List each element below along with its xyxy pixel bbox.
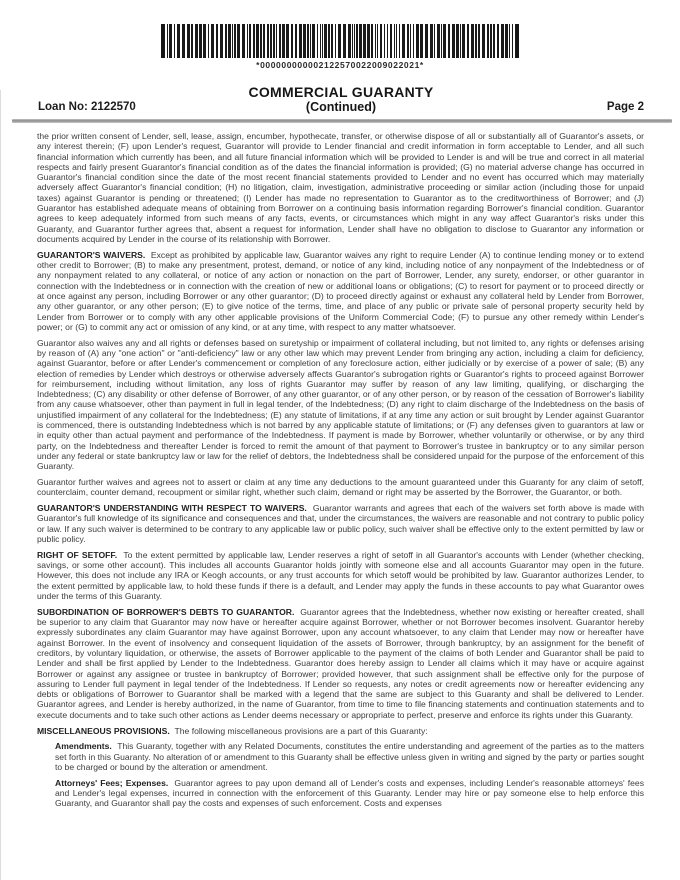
- page-header: Loan No: 2122570 COMMERCIAL GUARANTY (Co…: [0, 70, 680, 114]
- paragraph-suretyship-waiver: Guarantor also waives any and all rights…: [37, 338, 644, 472]
- paragraph-text: Guarantor also waives any and all rights…: [37, 338, 644, 472]
- barcode: [161, 24, 519, 58]
- barcode-block: *000000000002122570022009022021*: [0, 0, 680, 70]
- document-body: the prior written consent of Lender, sel…: [0, 123, 680, 809]
- paragraph-text: Except as prohibited by applicable law, …: [37, 250, 644, 332]
- scan-edge-artifact: [0, 90, 1, 880]
- paragraph-understanding-waivers: GUARANTOR'S UNDERSTANDING WITH RESPECT T…: [37, 503, 644, 544]
- paragraph-text: Guarantor further waives and agrees not …: [37, 477, 644, 497]
- section-heading: SUBORDINATION OF BORROWER'S DEBTS TO GUA…: [37, 607, 300, 617]
- paragraph-text: The following miscellaneous provisions a…: [175, 726, 428, 736]
- paragraph-text: Guarantor agrees that the Indebtedness, …: [37, 607, 644, 720]
- loan-number: Loan No: 2122570: [38, 101, 136, 114]
- subsection-heading: Attorneys' Fees; Expenses.: [55, 778, 174, 788]
- paragraph-continuation: the prior written consent of Lender, sel…: [37, 131, 644, 244]
- title-block: COMMERCIAL GUARANTY (Continued): [248, 84, 433, 114]
- subsection-heading: Amendments.: [55, 741, 117, 751]
- section-heading: MISCELLANEOUS PROVISIONS.: [37, 726, 175, 736]
- paragraph-text: To the extent permitted by applicable la…: [37, 550, 644, 601]
- section-heading: GUARANTOR'S WAIVERS.: [37, 250, 151, 260]
- page-number: Page 2: [607, 101, 644, 114]
- paragraph-text: the prior written consent of Lender, sel…: [37, 131, 644, 244]
- section-heading: RIGHT OF SETOFF.: [37, 550, 123, 560]
- paragraph-guarantors-waivers: GUARANTOR'S WAIVERS.Except as prohibited…: [37, 250, 644, 332]
- paragraph-subordination: SUBORDINATION OF BORROWER'S DEBTS TO GUA…: [37, 607, 644, 720]
- paragraph-miscellaneous-provisions: MISCELLANEOUS PROVISIONS.The following m…: [37, 726, 644, 736]
- paragraph-text: This Guaranty, together with any Related…: [55, 741, 644, 772]
- paragraph-setoff-waiver: Guarantor further waives and agrees not …: [37, 477, 644, 498]
- paragraph-amendments: Amendments.This Guaranty, together with …: [55, 741, 644, 772]
- paragraph-attorneys-fees: Attorneys' Fees; Expenses.Guarantor agre…: [55, 778, 644, 809]
- barcode-text: *000000000002122570022009022021*: [0, 60, 680, 70]
- document-title: COMMERCIAL GUARANTY: [248, 84, 433, 100]
- section-heading: GUARANTOR'S UNDERSTANDING WITH RESPECT T…: [37, 503, 313, 513]
- document-page: *000000000002122570022009022021* Loan No…: [0, 0, 680, 880]
- paragraph-right-of-setoff: RIGHT OF SETOFF.To the extent permitted …: [37, 550, 644, 601]
- document-subtitle: (Continued): [248, 100, 433, 114]
